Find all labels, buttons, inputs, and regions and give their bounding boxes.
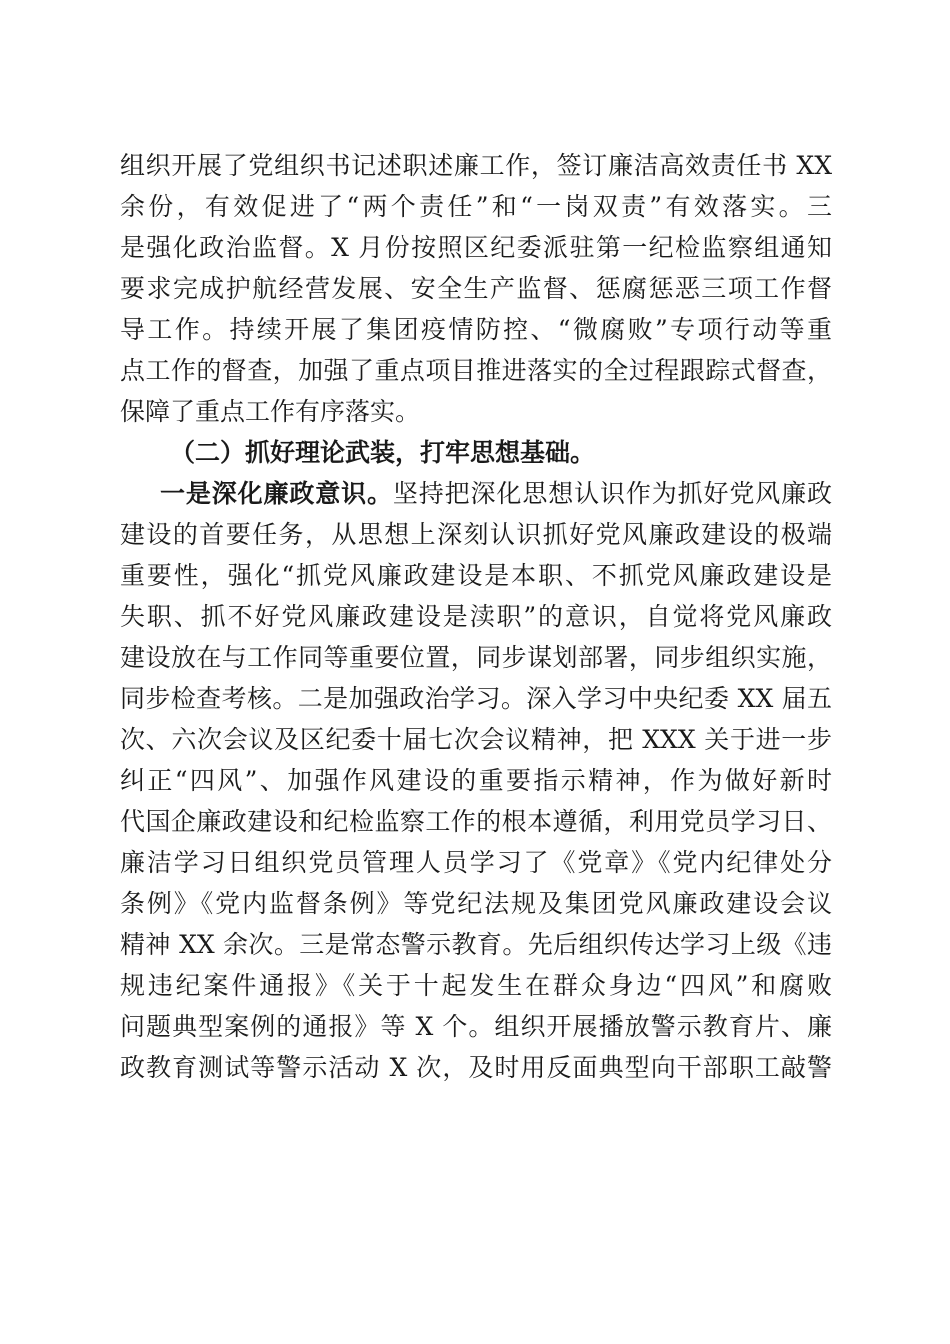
paragraph-line: 同步检查考核。二是加强政治学习。深入学习中央纪委 XX 届五 bbox=[120, 678, 832, 719]
paragraph-line: 导工作。持续开展了集团疫情防控、“微腐败”专项行动等重 bbox=[120, 309, 832, 350]
paragraph-line: 次、六次会议及区纪委十届七次会议精神，把 XXX 关于进一步 bbox=[120, 719, 832, 760]
paragraph-line: 精神 XX 余次。三是常态警示教育。先后组织传达学习上级《违 bbox=[120, 924, 832, 965]
section-heading: （二）抓好理论武装，打牢思想基础。 bbox=[120, 432, 832, 473]
paragraph-line: 纠正“四风”、加强作风建设的重要指示精神，作为做好新时 bbox=[120, 760, 832, 801]
lead-bold-text: 一是深化廉政意识。 bbox=[160, 479, 393, 508]
paragraph-line: 要求完成护航经营发展、安全生产监督、惩腐惩恶三项工作督 bbox=[120, 268, 832, 309]
paragraph-line: 建设放在与工作同等重要位置，同步谋划部署，同步组织实施， bbox=[120, 637, 832, 678]
paragraph-lead-line: 一是深化廉政意识。坚持把深化思想认识作为抓好党风廉政 bbox=[120, 473, 832, 514]
paragraph-line: 重要性，强化“抓党风廉政建设是本职、不抓党风廉政建设是 bbox=[120, 555, 832, 596]
paragraph-line: 问题典型案例的通报》等 X 个。组织开展播放警示教育片、廉 bbox=[120, 1006, 832, 1047]
paragraph-line: 余份，有效促进了“两个责任”和“一岗双责”有效落实。三 bbox=[120, 186, 832, 227]
paragraph-line: 代国企廉政建设和纪检监察工作的根本遵循，利用党员学习日、 bbox=[120, 801, 832, 842]
paragraph-line: 点工作的督查，加强了重点项目推进落实的全过程跟踪式督查， bbox=[120, 350, 832, 391]
paragraph-line: 失职、抓不好党风廉政建设是渎职”的意识，自觉将党风廉政 bbox=[120, 596, 832, 637]
paragraph-line: 条例》《党内监督条例》等党纪法规及集团党风廉政建设会议 bbox=[120, 883, 832, 924]
lead-rest-text: 坚持把深化思想认识作为抓好党风廉政 bbox=[393, 479, 832, 508]
paragraph-line: 规违纪案件通报》《关于十起发生在群众身边“四风”和腐败 bbox=[120, 965, 832, 1006]
document-page: 组织开展了党组织书记述职述廉工作，签订廉洁高效责任书 XX 余份，有效促进了“两… bbox=[0, 0, 950, 1344]
paragraph-line: 政教育测试等警示活动 X 次，及时用反面典型向干部职工敲警 bbox=[120, 1047, 832, 1088]
paragraph-line: 廉洁学习日组织党员管理人员学习了《党章》《党内纪律处分 bbox=[120, 842, 832, 883]
paragraph-line: 是强化政治监督。X 月份按照区纪委派驻第一纪检监察组通知 bbox=[120, 227, 832, 268]
paragraph-line: 组织开展了党组织书记述职述廉工作，签订廉洁高效责任书 XX bbox=[120, 145, 832, 186]
paragraph-line: 保障了重点工作有序落实。 bbox=[120, 391, 832, 432]
body-text: 组织开展了党组织书记述职述廉工作，签订廉洁高效责任书 XX 余份，有效促进了“两… bbox=[120, 145, 832, 1088]
paragraph-line: 建设的首要任务，从思想上深刻认识抓好党风廉政建设的极端 bbox=[120, 514, 832, 555]
